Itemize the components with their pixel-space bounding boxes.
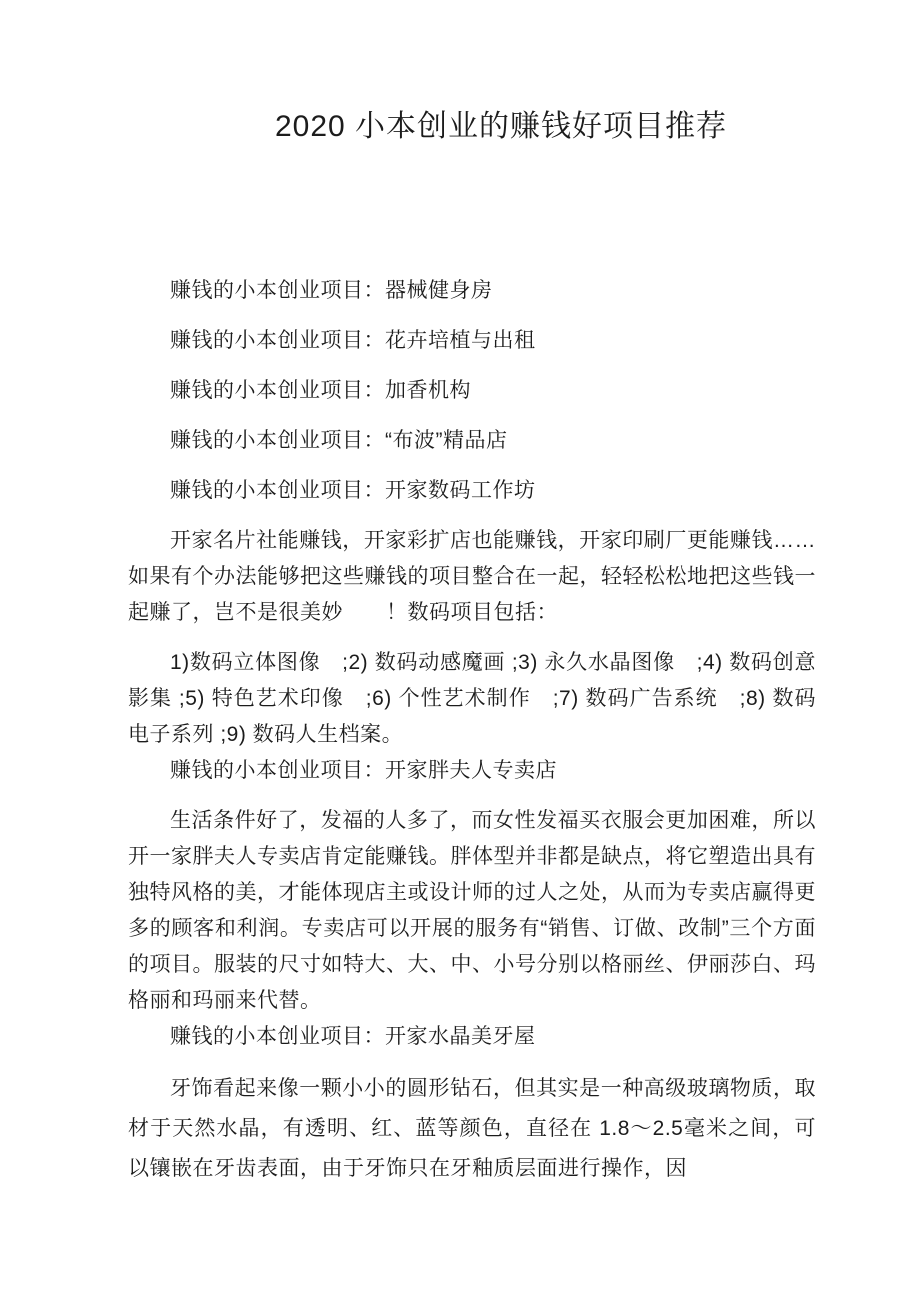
crystal-tooth-paragraph: 牙饰看起来像一颗小小的圆形钻石，但其实是一种高级玻璃物质，取材于天然水晶，有透明… xyxy=(128,1069,816,1189)
project-line-flowers: 赚钱的小本创业项目：花卉培植与出租 xyxy=(128,323,816,359)
project-line-crystal-tooth: 赚钱的小本创业项目：开家水晶美牙屋 xyxy=(128,1019,816,1055)
project-line-fat-lady-shop: 赚钱的小本创业项目：开家胖夫人专卖店 xyxy=(128,753,816,789)
project-line-bubo-boutique: 赚钱的小本创业项目：“布波”精品店 xyxy=(128,423,816,459)
project-line-fragrance: 赚钱的小本创业项目：加香机构 xyxy=(128,373,816,409)
digital-projects-paragraph: 1)数码立体图像 ;2) 数码动感魔画 ;3) 永久水晶图像 ;4) 数码创意影… xyxy=(128,645,816,753)
intro-paragraph: 开家名片社能赚钱，开家彩扩店也能赚钱，开家印刷厂更能赚钱……如果有个办法能够把这… xyxy=(128,523,816,631)
project-line-gym: 赚钱的小本创业项目：器械健身房 xyxy=(128,273,816,309)
document-page: 2020 小本创业的赚钱好项目推荐 赚钱的小本创业项目：器械健身房 赚钱的小本创… xyxy=(0,0,920,1303)
document-title: 2020 小本创业的赚钱好项目推荐 xyxy=(128,0,816,148)
fat-lady-shop-paragraph: 生活条件好了，发福的人多了，而女性发福买衣服会更加困难，所以开一家胖夫人专卖店肯… xyxy=(128,803,816,1019)
project-line-digital-workshop: 赚钱的小本创业项目：开家数码工作坊 xyxy=(128,473,816,509)
